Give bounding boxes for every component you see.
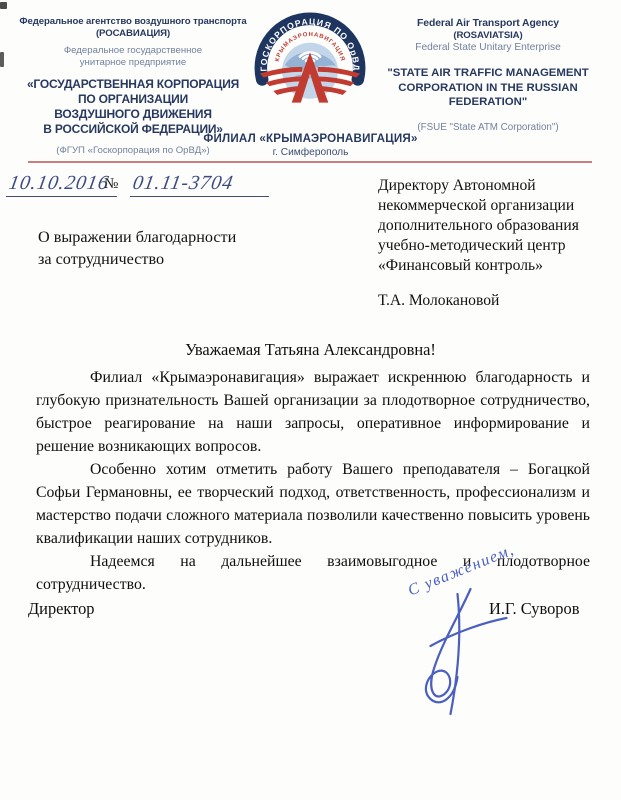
reference-number-handwritten: 01.11-3704 xyxy=(131,172,235,195)
agency-abbr-en: (ROSAVIATSIA) xyxy=(370,30,606,42)
corporation-name-en: "STATE AIR TRAFFIC MANAGEMENT xyxy=(370,66,606,81)
branch-name: ФИЛИАЛ «КРЫМАЭРОНАВИГАЦИЯ» xyxy=(0,132,621,145)
number-sign: № xyxy=(104,176,118,193)
corporation-logo-emblem: ГОСКОРПОРАЦИЯ ПО ОрВД КРЫМАЭРОНАВИГАЦИЯ xyxy=(252,10,368,118)
date-field: 10.10.2016 xyxy=(6,172,117,197)
addressee-name: Т.А. Молокановой xyxy=(378,291,600,311)
divider-line xyxy=(28,161,592,163)
addressee-block: Директору Автономной некоммерческой орга… xyxy=(378,176,600,311)
enterprise-type-ru: унитарное предприятие xyxy=(12,57,254,69)
enterprise-type-en: Federal State Unitary Enterprise xyxy=(370,42,606,54)
agency-name-en: Federal Air Transport Agency xyxy=(370,18,606,30)
enterprise-type-ru: Федеральное государственное xyxy=(12,45,254,57)
corporation-name-ru: ПО ОРГАНИЗАЦИИ xyxy=(12,92,254,107)
addressee-line: дополнительного образования xyxy=(378,216,600,236)
agency-name-ru: Федеральное агентство воздушного транспо… xyxy=(12,16,254,28)
corporation-name-en: CORPORATION IN THE RUSSIAN xyxy=(370,81,606,96)
signer-position: Директор xyxy=(28,599,95,619)
scan-artifact xyxy=(0,52,4,67)
addressee-line: некоммерческой организации xyxy=(378,196,600,216)
subject-line: О выражении благодарности xyxy=(38,226,236,248)
subject-block: О выражении благодарности за сотрудничес… xyxy=(38,226,236,270)
salutation: Уважаемая Татьяна Александровна! xyxy=(0,340,621,360)
subject-line: за сотрудничество xyxy=(38,248,236,270)
signature-ink xyxy=(398,572,513,722)
scan-artifact xyxy=(0,2,7,9)
reference-number-field: 01.11-3704 xyxy=(130,172,269,197)
addressee-line: учебно-методический центр xyxy=(378,236,600,256)
branch-block: ФИЛИАЛ «КРЫМАЭРОНАВИГАЦИЯ» г. Симферопол… xyxy=(0,132,621,158)
corporation-name-en: FEDERATION" xyxy=(370,95,606,110)
agency-abbr-ru: (РОСАВИАЦИЯ) xyxy=(12,28,254,40)
letter-page: Федеральное агентство воздушного транспо… xyxy=(0,0,621,800)
corporation-name-ru: «ГОСУДАРСТВЕННАЯ КОРПОРАЦИЯ xyxy=(12,77,254,92)
corporation-logo: ГОСКОРПОРАЦИЯ ПО ОрВД КРЫМАЭРОНАВИГАЦИЯ xyxy=(252,10,368,120)
date-handwritten: 10.10.2016 xyxy=(7,172,111,195)
addressee-line: Директору Автономной xyxy=(378,176,600,196)
body-paragraph: Особенно хотим отметить работу Вашего пр… xyxy=(36,458,590,550)
corporation-name-ru: ВОЗДУШНОГО ДВИЖЕНИЯ xyxy=(12,107,254,122)
branch-city: г. Симферополь xyxy=(0,147,621,158)
body-paragraph: Филиал «Крымаэронавигация» выражает искр… xyxy=(36,366,590,458)
letterhead-english: Federal Air Transport Agency (ROSAVIATSI… xyxy=(370,18,606,134)
addressee-line: «Финансовый контроль» xyxy=(378,256,600,276)
